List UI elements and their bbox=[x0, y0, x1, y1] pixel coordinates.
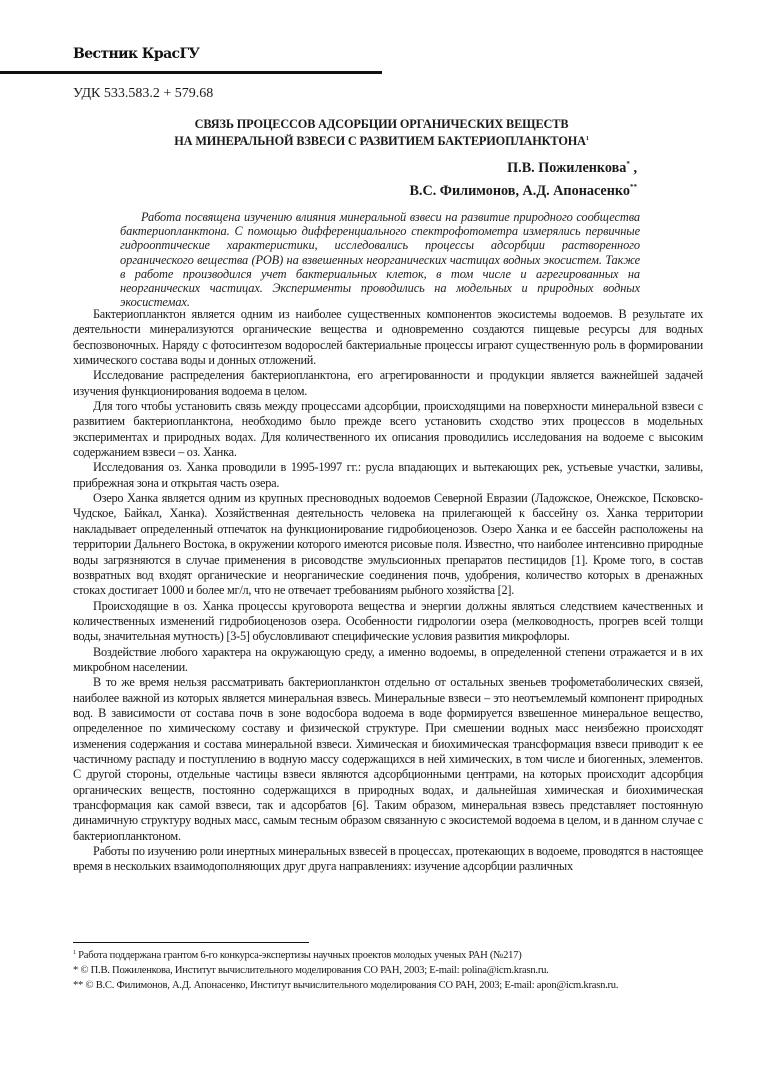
body-text: Бактериопланктон является одним из наибо… bbox=[73, 307, 703, 875]
header-divider bbox=[0, 71, 382, 74]
title-line-2-text: НА МИНЕРАЛЬНОЙ ВЗВЕСИ С РАЗВИТИЕМ БАКТЕР… bbox=[174, 134, 586, 148]
author-name: П.В. Пожиленкова bbox=[507, 160, 626, 176]
footnote-grant: 1 Работа поддержана грантом 6-го конкурс… bbox=[73, 946, 713, 963]
footnotes: 1 Работа поддержана грантом 6-го конкурс… bbox=[73, 946, 713, 993]
author-names: В.С. Филимонов, А.Д. Апонасенко bbox=[409, 183, 630, 199]
journal-name: Вестник КрасГУ bbox=[73, 46, 199, 62]
footnote-text: Работа поддержана грантом 6-го конкурса-… bbox=[76, 950, 522, 961]
paragraph: Для того чтобы установить связь между пр… bbox=[73, 399, 703, 460]
paragraph: Воздействие любого характера на окружающ… bbox=[73, 645, 703, 676]
paragraph: Исследования оз. Ханка проводили в 1995-… bbox=[73, 460, 703, 491]
author-separator: , bbox=[630, 160, 637, 176]
paragraph: Исследование распределения бактериопланк… bbox=[73, 368, 703, 399]
footnote-authors-2: ** © В.С. Филимонов, А.Д. Апонасенко, Ин… bbox=[73, 978, 713, 993]
authors-line-1: П.В. Пожиленкова* , bbox=[409, 155, 637, 178]
title-line-2: НА МИНЕРАЛЬНОЙ ВЗВЕСИ С РАЗВИТИЕМ БАКТЕР… bbox=[0, 132, 763, 149]
footnote-divider bbox=[73, 942, 309, 943]
footnote-author-1: * © П.В. Пожиленкова, Институт вычислите… bbox=[73, 963, 713, 978]
paragraph: Работы по изучению роли инертных минерал… bbox=[73, 844, 703, 875]
title-line-1: СВЯЗЬ ПРОЦЕССОВ АДСОРБЦИИ ОРГАНИЧЕСКИХ В… bbox=[0, 117, 763, 132]
paragraph: Происходящие в оз. Ханка процессы кругов… bbox=[73, 599, 703, 645]
author-footnote-mark: ** bbox=[630, 183, 637, 191]
paragraph: В то же время нельзя рассматривать бакте… bbox=[73, 675, 703, 844]
udk-code: УДК 533.583.2 + 579.68 bbox=[73, 86, 213, 102]
authors: П.В. Пожиленкова* , В.С. Филимонов, А.Д.… bbox=[409, 155, 637, 201]
article-title: СВЯЗЬ ПРОЦЕССОВ АДСОРБЦИИ ОРГАНИЧЕСКИХ В… bbox=[0, 117, 763, 149]
abstract: Работа посвящена изучению влияния минера… bbox=[120, 210, 640, 309]
title-footnote-mark: 1 bbox=[586, 136, 589, 142]
paragraph: Озеро Ханка является одним из крупных пр… bbox=[73, 491, 703, 598]
authors-line-2: В.С. Филимонов, А.Д. Апонасенко** bbox=[409, 178, 637, 201]
paragraph: Бактериопланктон является одним из наибо… bbox=[73, 307, 703, 368]
